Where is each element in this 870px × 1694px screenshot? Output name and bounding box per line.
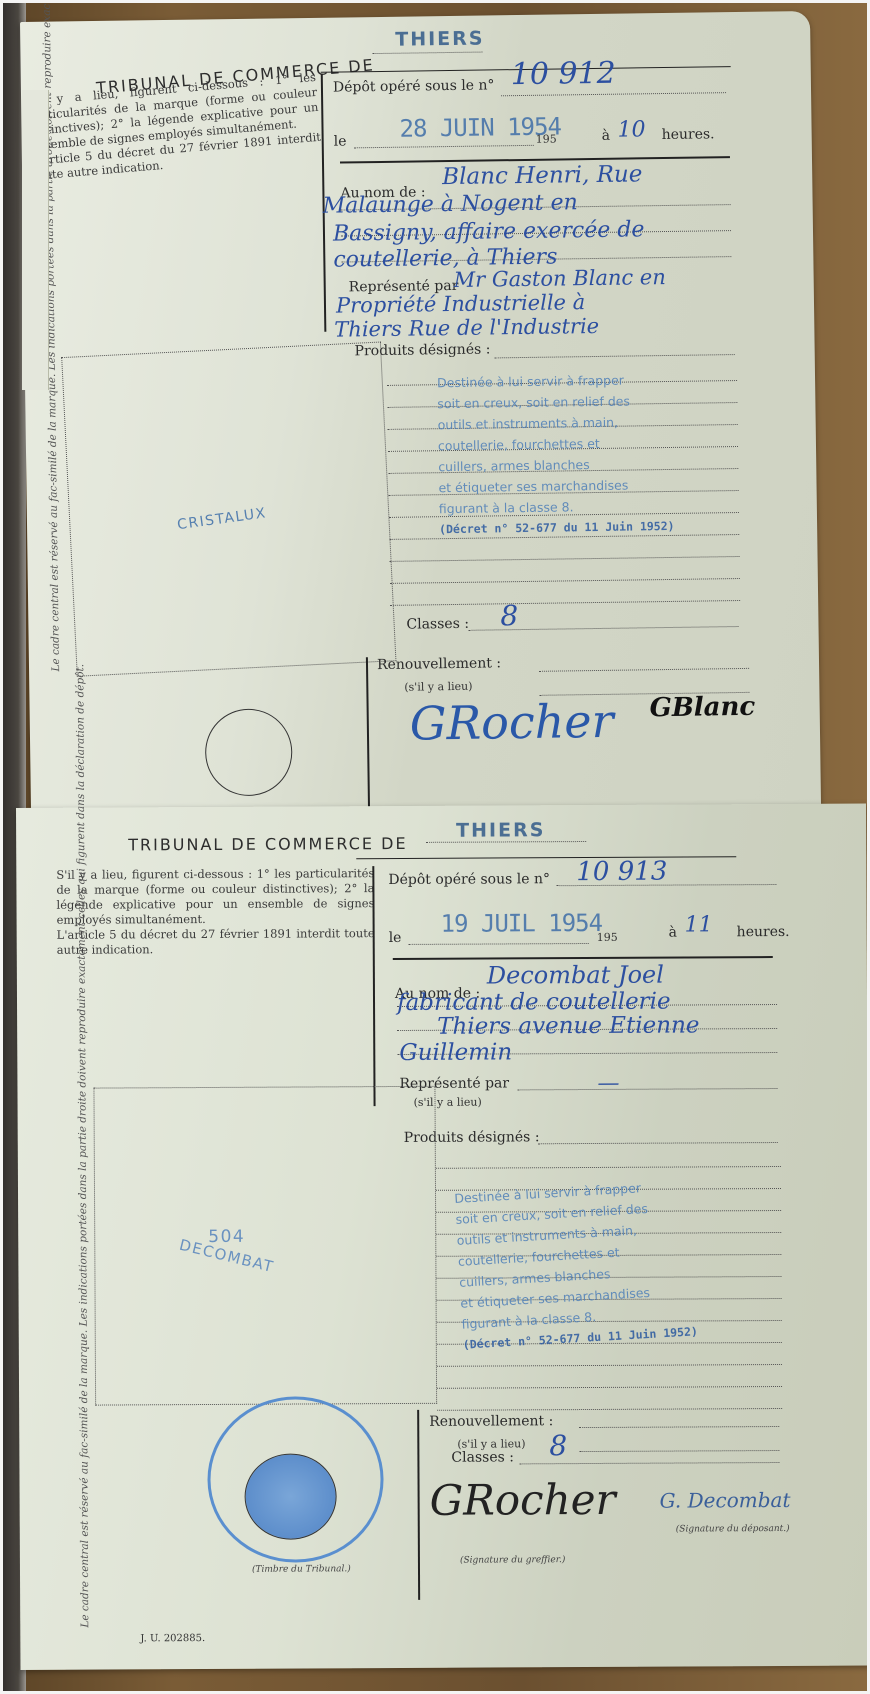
name-handwriting-4: Guillemin [399,1039,512,1066]
products-stamp: Destinée à lui servir à frapper soit en … [437,369,675,540]
instructions-text: S'il y a lieu, figurent ci-dessous : 1° … [26,70,323,184]
print-reference: J. U. 202885. [140,1633,205,1644]
trademark-form-10912: TRIBUNAL DE COMMERCE DE THIERS S'il y a … [20,11,821,822]
name-handwriting-3: Bassigny, affaire exercée de [333,217,645,246]
city-line [372,52,482,55]
products-line-0 [538,1142,778,1144]
renewal-line-2 [579,1450,779,1452]
tribunal-title: TRIBUNAL DE COMMERCE DE [128,834,407,854]
name-handwriting-1: Blanc Henri, Rue [442,161,643,190]
name-handwriting-3: Thiers avenue Etienne [437,1012,699,1039]
depositor-signature: G. Decombat [660,1488,791,1513]
products-line [437,1364,782,1367]
year-prefix: 195 [597,931,618,944]
city-stamp: THIERS [456,819,545,841]
products-line [390,578,740,584]
hours-label: heures. [662,126,715,143]
date-line [409,943,589,945]
products-line [390,600,740,606]
deposit-number: 10 913 [576,857,667,887]
trademark-frame [93,1086,437,1406]
at-label: à [602,128,611,144]
products-line [437,1408,782,1411]
lower-divider [417,1410,420,1600]
seal-center [244,1453,336,1539]
hours-label: heures. [737,924,790,940]
renewal-label: Renouvellement : [377,655,501,673]
renewal-line [539,668,749,672]
renewal-sublabel: (s'il y a lieu) [457,1437,525,1450]
hour-value: 10 [617,117,645,142]
represented-handwriting-2: Propriété Industrielle à [336,290,586,317]
trademark-form-10913: TRIBUNAL DE COMMERCE DE THIERS S'il y a … [16,804,870,1670]
represented-handwriting-1: Mr Gaston Blanc en [453,265,665,292]
depositor-signature-caption: (Signature du déposant.) [676,1524,790,1535]
products-stamp: Destinée à lui servir à frapper soit en … [454,1174,699,1355]
date-le-label: le [334,133,347,149]
date-stamp: 19 JUIL 1954 [441,909,603,938]
date-rule [393,956,773,960]
products-line [390,556,740,562]
city-stamp: THIERS [395,28,485,51]
represented-line [517,1088,777,1090]
header-rule [356,856,736,859]
name-handwriting-1: Decombat Joel [487,961,664,990]
decree-reference: (Décret n° 52-677 du 11 Juin 1952) [439,516,675,540]
instructions-text: S'il y a lieu, figurent ci-dessous : 1° … [56,866,374,958]
seal-caption: (Timbre du Tribunal.) [252,1564,351,1575]
folded-tab [22,90,49,390]
depositor-signature: GBlanc [649,692,755,723]
clerk-signature: GRocher [409,694,613,751]
products-line [436,1166,781,1169]
classes-value: 8 [549,1429,567,1462]
clerk-signature-caption: (Signature du greffier.) [460,1555,566,1566]
deposit-number: 10 912 [511,56,616,92]
classes-label: Classes : [406,616,469,633]
deposit-line [501,92,726,96]
at-label: à [669,925,677,941]
represented-value: — [597,1071,619,1096]
classes-line [519,1462,779,1464]
column-divider [372,866,375,1106]
represented-handwriting-3: Thiers Rue de l'Industrie [334,314,599,342]
lower-divider [366,657,370,807]
date-le-label: le [389,930,402,946]
renewal-label: Renouvellement : [429,1413,553,1430]
date-line [354,145,534,149]
seal-circle [205,708,293,796]
products-line [437,1386,782,1389]
side-note: Le cadre central est réservé au fac-simi… [44,341,63,671]
hour-value: 11 [685,912,713,937]
tribunal-seal [207,1396,384,1563]
deposit-label: Dépôt opéré sous le n° [333,77,495,95]
clerk-signature: GRocher [430,1475,616,1525]
year-prefix: 195 [536,133,557,146]
classes-label: Classes : [451,1449,514,1465]
renewal-line [579,1426,779,1428]
renewal-sublabel: (s'il y a lieu) [404,680,472,694]
name-handwriting-2: Malaunge à Nogent en [322,190,577,219]
side-note: Le cadre central est réservé au fac-simi… [75,1068,92,1628]
classes-value: 8 [500,599,518,632]
deposit-label: Dépôt opéré sous le n° [388,871,550,888]
products-line-0 [495,354,735,358]
